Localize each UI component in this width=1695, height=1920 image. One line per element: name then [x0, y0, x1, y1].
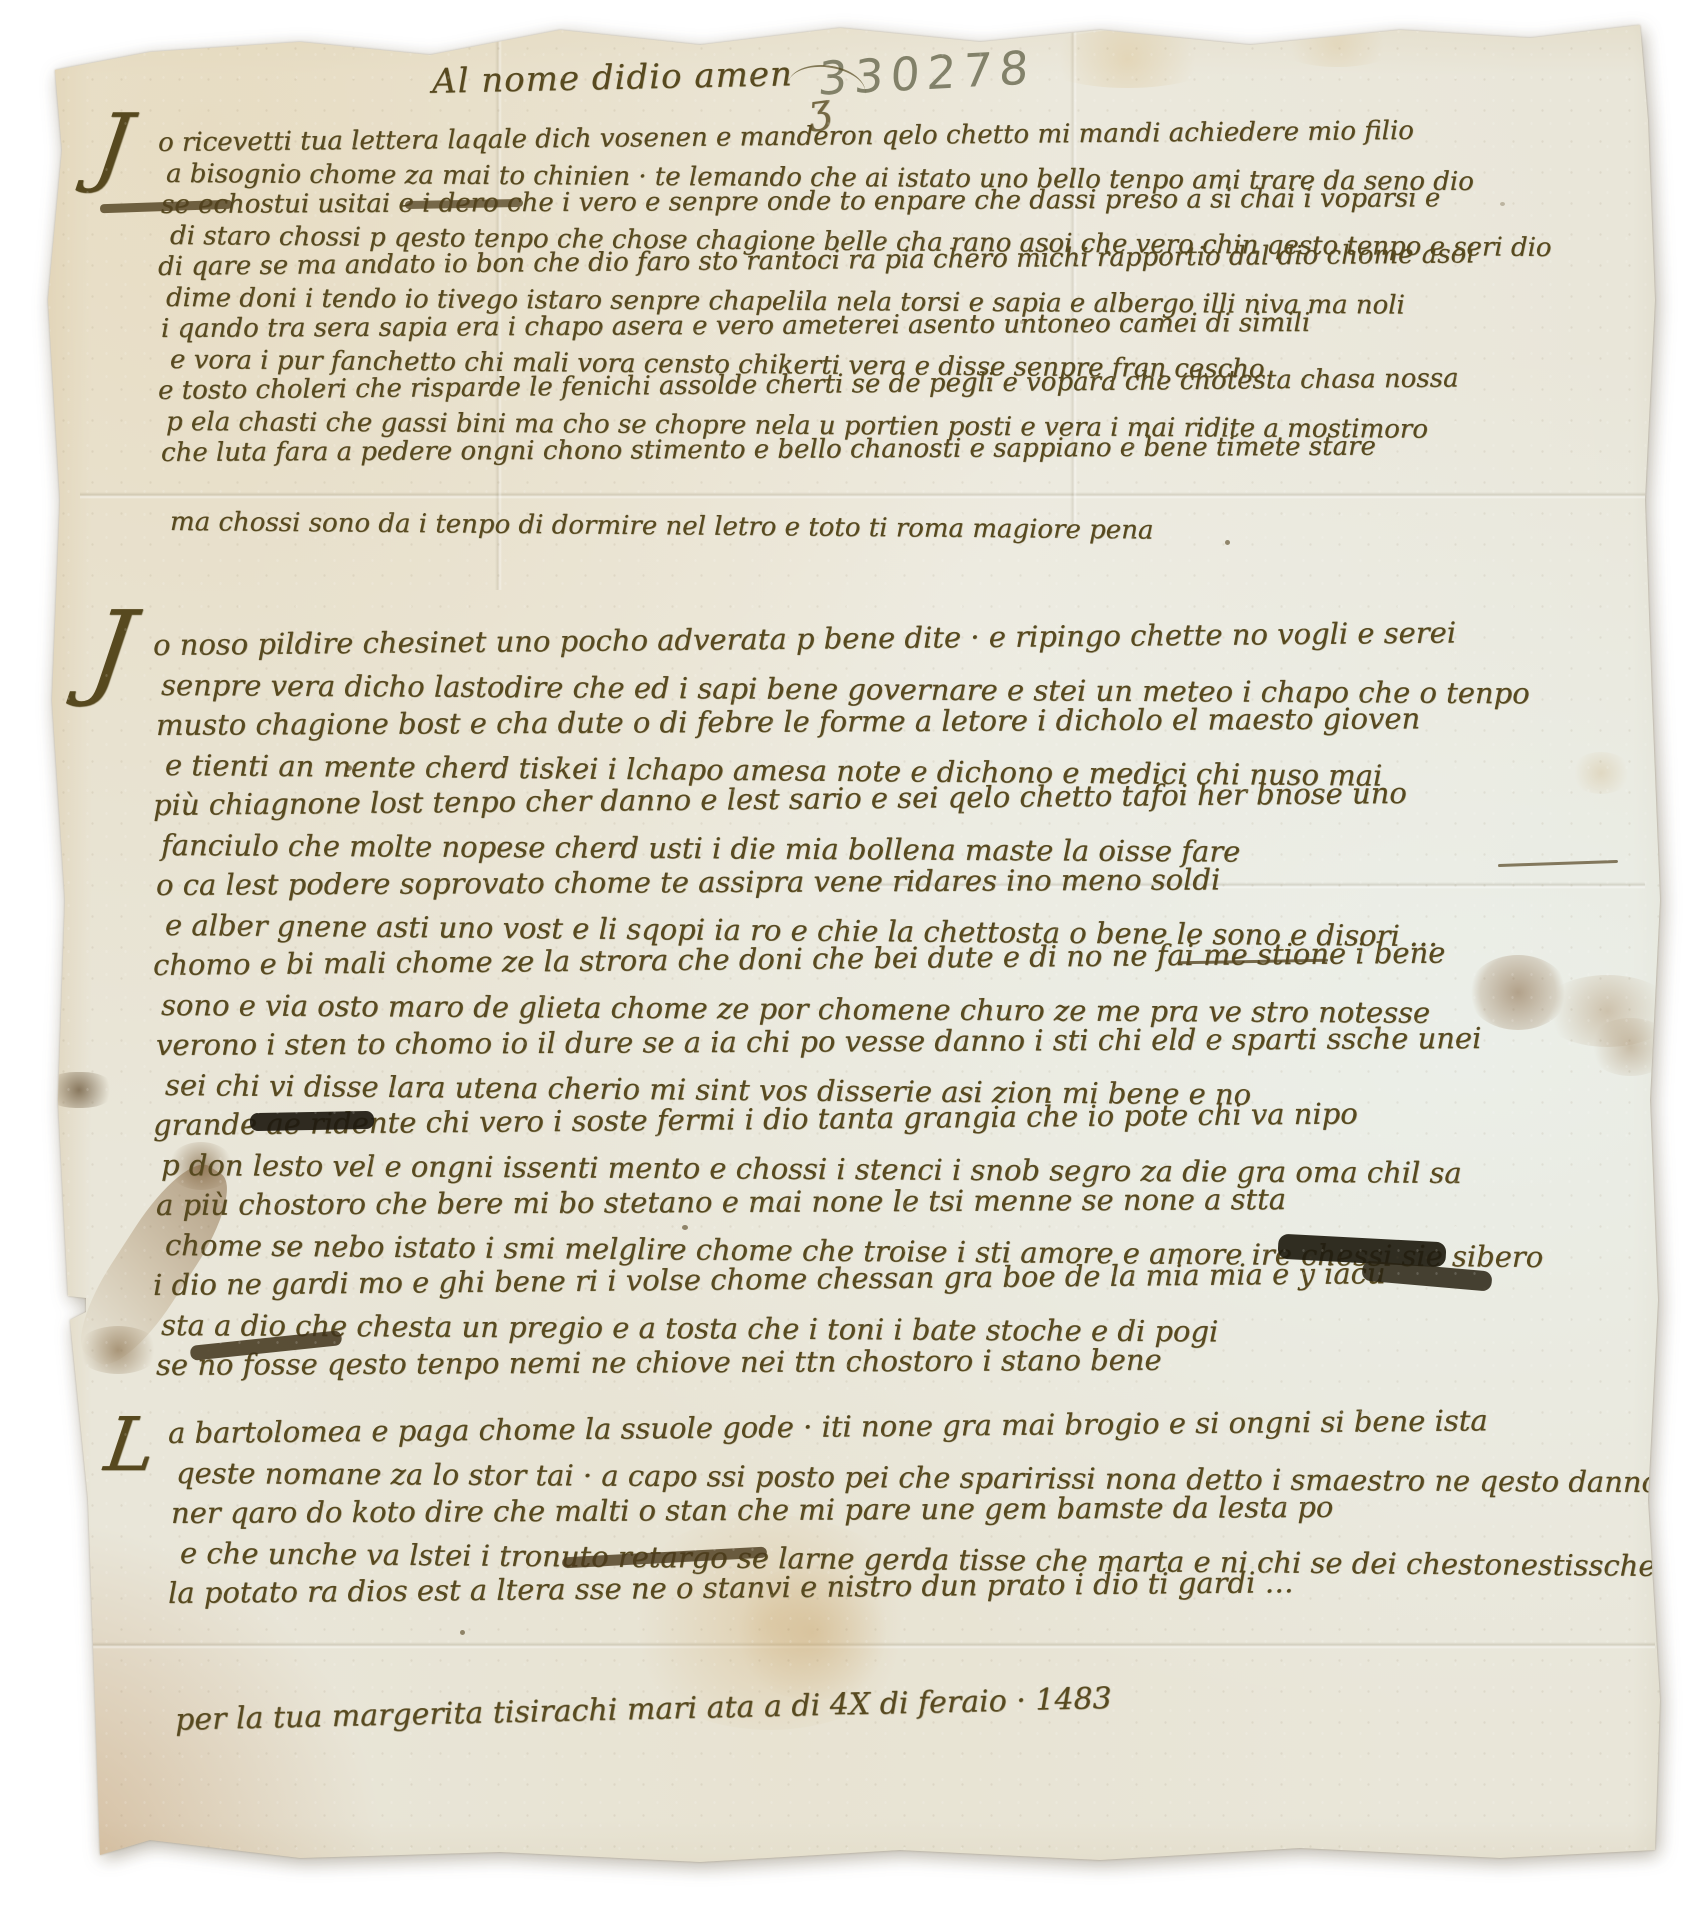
ink-speck [460, 1630, 465, 1635]
manuscript-line: o ricevetti tua lettera laqale dich vose… [158, 115, 1552, 159]
manuscript-sheet-wrap: 330278 Al nome didio amen ʒ J o ricevett… [40, 20, 1665, 1865]
manuscript-line: musto chagione bost e cha dute o di febr… [156, 698, 1543, 745]
paragraph-1: J o ricevetti tua lettera laqale dich vo… [100, 128, 1552, 538]
initial-capital: J [92, 116, 135, 176]
stain [1035, 30, 1220, 88]
manuscript-line: ner qaro do koto dire che malti o stan c… [171, 1485, 1659, 1533]
manuscript-line: i qando tra sera sapia era i chapo asera… [161, 307, 1552, 345]
manuscript-line: se no fosse qesto tenpo nemi ne chiove n… [156, 1338, 1543, 1385]
paragraph-3: L a bartolomea e paga chome la ssuole go… [110, 1413, 1659, 1613]
manuscript-line: se echostui usitai e i dero che i vero e… [161, 183, 1552, 221]
stain [1275, 22, 1400, 67]
stain [1570, 752, 1632, 794]
manuscript-line: a più chostoro che bere mi bo stetano e … [156, 1178, 1543, 1225]
initial-capital: L [102, 1415, 160, 1475]
initial-capital: J [87, 619, 137, 679]
manuscript-line: o ca lest podere soprovato chome te assi… [156, 858, 1543, 905]
manuscript-line: a bartolomea e paga chome la ssuole gode… [168, 1399, 1659, 1453]
paragraph-1-lines: o ricevetti tua lettera laqale dich vose… [158, 128, 1552, 538]
fold-crease [70, 1642, 1655, 1649]
manuscript-line: che luta fara a pedere ongni chono stime… [161, 431, 1552, 469]
manuscript-line: verono i sten to chomo io il dure se a i… [156, 1018, 1543, 1065]
photo-background: 330278 Al nome didio amen ʒ J o ricevett… [0, 0, 1695, 1920]
manuscript-line: ma chossi sono da i tenpo di dormire nel… [170, 507, 1552, 550]
closing-date-line: per la tua margerita tisirachi mari ata … [175, 1681, 1112, 1737]
paragraph-2: J o noso pildire chesinet uno pocho adve… [95, 625, 1543, 1385]
paragraph-2-lines: o noso pildire chesinet uno pocho advera… [153, 625, 1543, 1385]
manuscript-line: o noso pildire chesinet uno pocho advera… [153, 612, 1544, 665]
letter-heading: Al nome didio amen [432, 54, 794, 102]
stain [1540, 975, 1675, 1047]
stain [1588, 1018, 1673, 1076]
manuscript-sheet: 330278 Al nome didio amen ʒ J o ricevett… [40, 20, 1665, 1865]
paragraph-3-lines: a bartolomea e paga chome la ssuole gode… [168, 1413, 1659, 1613]
